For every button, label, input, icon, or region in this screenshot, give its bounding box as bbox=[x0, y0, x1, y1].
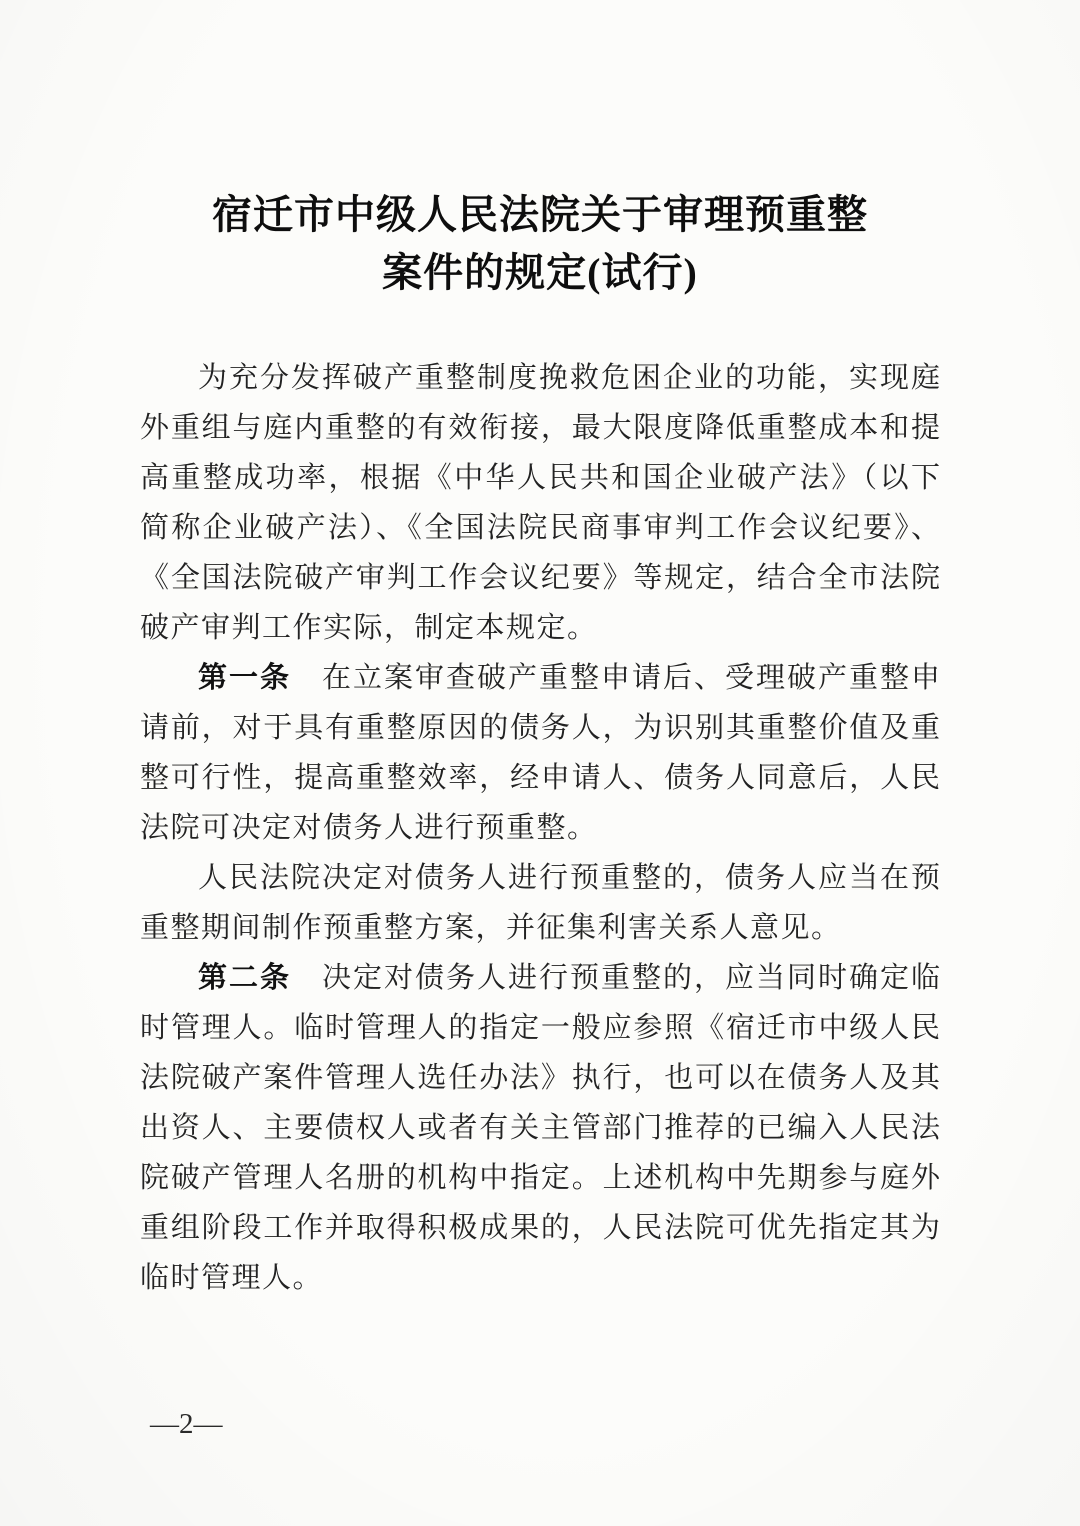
title-line-1: 宿迁市中级人民法院关于审理预重整 bbox=[140, 186, 940, 244]
title-line-2: 案件的规定(试行) bbox=[140, 244, 940, 302]
text-line-p1-l3: 高重整成功率，根据《中华人民共和国企业破产法》（以下 bbox=[140, 453, 940, 503]
text-line-p3-l1: 人民法院决定对债务人进行预重整的，债务人应当在预 bbox=[140, 853, 940, 903]
document-page: 宿迁市中级人民法院关于审理预重整 案件的规定(试行) 为充分发挥破产重整制度挽救… bbox=[0, 0, 1080, 1526]
text-line-p2-l3: 整可行性，提高重整效率，经申请人、债务人同意后，人民 bbox=[140, 753, 940, 803]
text-line-p4-l5: 院破产管理人名册的机构中指定。上述机构中先期参与庭外 bbox=[140, 1153, 940, 1203]
text-line-p4-l3: 法院破产案件管理人选任办法》执行，也可以在债务人及其 bbox=[140, 1053, 940, 1103]
page-number: —2— bbox=[150, 1404, 223, 1444]
text-line-p4-l6: 重组阶段工作并取得积极成果的，人民法院可优先指定其为 bbox=[140, 1203, 940, 1253]
text-line-p1-l6: 破产审判工作实际，制定本规定。 bbox=[140, 603, 940, 653]
text-line-p2-l1: 第一条 在立案审查破产重整申请后、受理破产重整申 bbox=[140, 653, 940, 703]
article-number: 第二条 bbox=[198, 962, 291, 994]
article-number: 第一条 bbox=[198, 662, 291, 694]
text-line-p4-l7: 临时管理人。 bbox=[140, 1253, 940, 1303]
text-line-p2-l2: 请前，对于具有重整原因的债务人，为识别其重整价值及重 bbox=[140, 703, 940, 753]
document-body: 为充分发挥破产重整制度挽救危困企业的功能，实现庭外重组与庭内重整的有效衔接，最大… bbox=[140, 353, 940, 1303]
text-line-p1-l4: 简称企业破产法）、《全国法院民商事审判工作会议纪要》、 bbox=[140, 503, 940, 553]
text-line-p4-l4: 出资人、主要债权人或者有关主管部门推荐的已编入人民法 bbox=[140, 1103, 940, 1153]
text-line-p1-l5: 《全国法院破产审判工作会议纪要》等规定，结合全市法院 bbox=[140, 553, 940, 603]
document-title: 宿迁市中级人民法院关于审理预重整 案件的规定(试行) bbox=[140, 186, 940, 302]
text-line-p2-l4: 法院可决定对债务人进行预重整。 bbox=[140, 803, 940, 853]
text-line-p1-l2: 外重组与庭内重整的有效衔接，最大限度降低重整成本和提 bbox=[140, 403, 940, 453]
text-line-p3-l2: 重整期间制作预重整方案，并征集利害关系人意见。 bbox=[140, 903, 940, 953]
text-line-p4-l1: 第二条 决定对债务人进行预重整的，应当同时确定临 bbox=[140, 953, 940, 1003]
text-line-p4-l2: 时管理人。临时管理人的指定一般应参照《宿迁市中级人民 bbox=[140, 1003, 940, 1053]
text-line-p1-l1: 为充分发挥破产重整制度挽救危困企业的功能，实现庭 bbox=[140, 353, 940, 403]
